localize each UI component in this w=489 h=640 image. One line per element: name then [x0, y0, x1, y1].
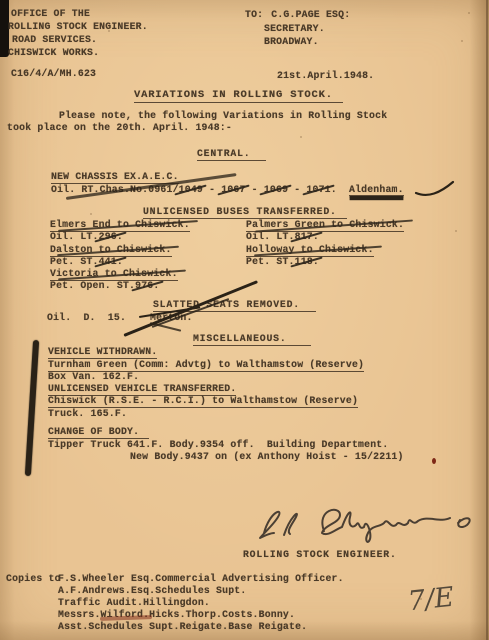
vehicle-number: 296. [99, 231, 123, 242]
copies-line: Asst.Schedules Supt.Reigate.Base Reigate… [58, 621, 307, 632]
transfer-route: Dalston to Chiswick. [50, 244, 172, 257]
transfer-route: Palmers Green to Chiswick. [246, 219, 404, 232]
chassis-number-2: 1067 [221, 184, 245, 195]
paper-speck [414, 605, 416, 607]
recipient-title: SECRETARY. [264, 23, 325, 34]
vehicle-number: 441. [99, 256, 123, 267]
recipient-name: C.G.PAGE ESQ: [263, 9, 350, 20]
transfer-vehicle: Pet. ST.118. [246, 256, 319, 267]
vehicle-number: 817. [295, 231, 319, 242]
change-of-body-heading: CHANGE OF BODY. [48, 426, 149, 439]
unlicensed-vehicle-heading: UNLICENSED VEHICLE TRANSFERRED. [48, 383, 236, 396]
office-line-1: OFFICE OF THE [11, 8, 90, 19]
to-line: TO:C.G.PAGE ESQ: [245, 9, 350, 20]
reference-number: C16/4/A/MH.623 [11, 68, 96, 79]
handwritten-corner-mark: 7/E [407, 582, 456, 618]
transfer-vehicle: Oil. LT.817. [246, 231, 319, 242]
transfer-vehicle: Pet. ST.441. [50, 256, 123, 267]
chassis-number-3: 1069 [264, 184, 288, 195]
paper-speck [108, 30, 110, 32]
withdrawn-vehicle: Box Van. 162.F. [48, 371, 139, 382]
copies-label: Copies to [6, 573, 61, 584]
scan-right-edge [486, 0, 488, 640]
recipient-address: BROADWAY. [264, 36, 319, 47]
copies-line: Traffic Audit.Hillingdon. [58, 597, 210, 608]
intro-line-2: took place on the 20th. April. 1948:- [7, 122, 232, 133]
new-chassis-heading: NEW CHASSIS EX.A.E.C. [51, 171, 179, 184]
change-of-body-line-1: Tipper Truck 641.F. Body.9354 off. Build… [48, 439, 388, 450]
paper-speck [300, 136, 302, 138]
copies-line: A.F.Andrews.Esq.Schedules Supt. [58, 585, 246, 596]
section-heading-central: CENTRAL. [197, 148, 266, 161]
intro-line-1: Please note, the following Variations in… [59, 110, 387, 121]
withdrawn-route: Turnham Green (Comm: Advtg) to Walthamst… [48, 359, 364, 372]
paper-speck [461, 40, 463, 42]
unlicensed-vehicle-route: Chiswick (R.S.E. - R.C.I.) to Walthamsto… [48, 395, 358, 408]
copies-line: Messrs.Wilford.Hicks.Thorp.Costs.Bonny. [58, 609, 295, 620]
office-line-3: ROAD SERVICES. [12, 34, 97, 45]
chassis-number-1: 1049 [179, 184, 203, 195]
vehicle-number: 118. [295, 256, 319, 267]
document-date: 21st.April.1948. [277, 70, 374, 81]
to-label: TO: [245, 9, 263, 20]
transfer-route: Victoria to Chiswick. [50, 268, 178, 281]
office-line-4: CHISWICK WORKS. [8, 47, 99, 58]
paper-speck [455, 230, 457, 232]
scanned-document-page: { "palette": { "paper": "#e9c493", "ink"… [0, 0, 489, 640]
buses-transferred-heading: UNLICENSED BUSES TRANSFERRED. [143, 206, 347, 219]
page-title: VARIATIONS IN ROLLING STOCK. [134, 89, 343, 103]
paper-speck [468, 12, 470, 14]
chassis-location: Aldenham. [349, 184, 404, 196]
chassis-number-4: 1071 [306, 184, 330, 195]
transfer-route: Elmers End to Chiswick. [50, 219, 190, 232]
signatory-title: ROLLING STOCK ENGINEER. [243, 549, 397, 560]
office-line-2: ROLLING STOCK ENGINEER. [8, 21, 148, 32]
paper-speck [90, 213, 92, 215]
transfer-vehicle: Oil. LT.296. [50, 231, 123, 242]
change-of-body-line-2: New Body.9437 on (ex Anthony Hoist - 15/… [130, 451, 404, 462]
pen-tick-aldenham [414, 180, 456, 198]
transfer-route: Holloway to Chiswick. [246, 244, 374, 257]
handwritten-signature [248, 503, 482, 551]
miscellaneous-heading: MISCELLANEOUS. [193, 333, 311, 346]
transfer-vehicle: Pet. Open. ST.976. [50, 280, 159, 291]
unlicensed-vehicle-name: Truck. 165.F. [48, 408, 127, 419]
copies-line: F.S.Wheeler Esq.Commercial Advertising O… [58, 573, 344, 584]
paper-speck [420, 598, 422, 600]
vehicle-number: 976. [135, 280, 159, 291]
vehicle-withdrawn-heading: VEHICLE WITHDRAWN. [48, 346, 157, 359]
red-ink-spot [432, 458, 436, 464]
